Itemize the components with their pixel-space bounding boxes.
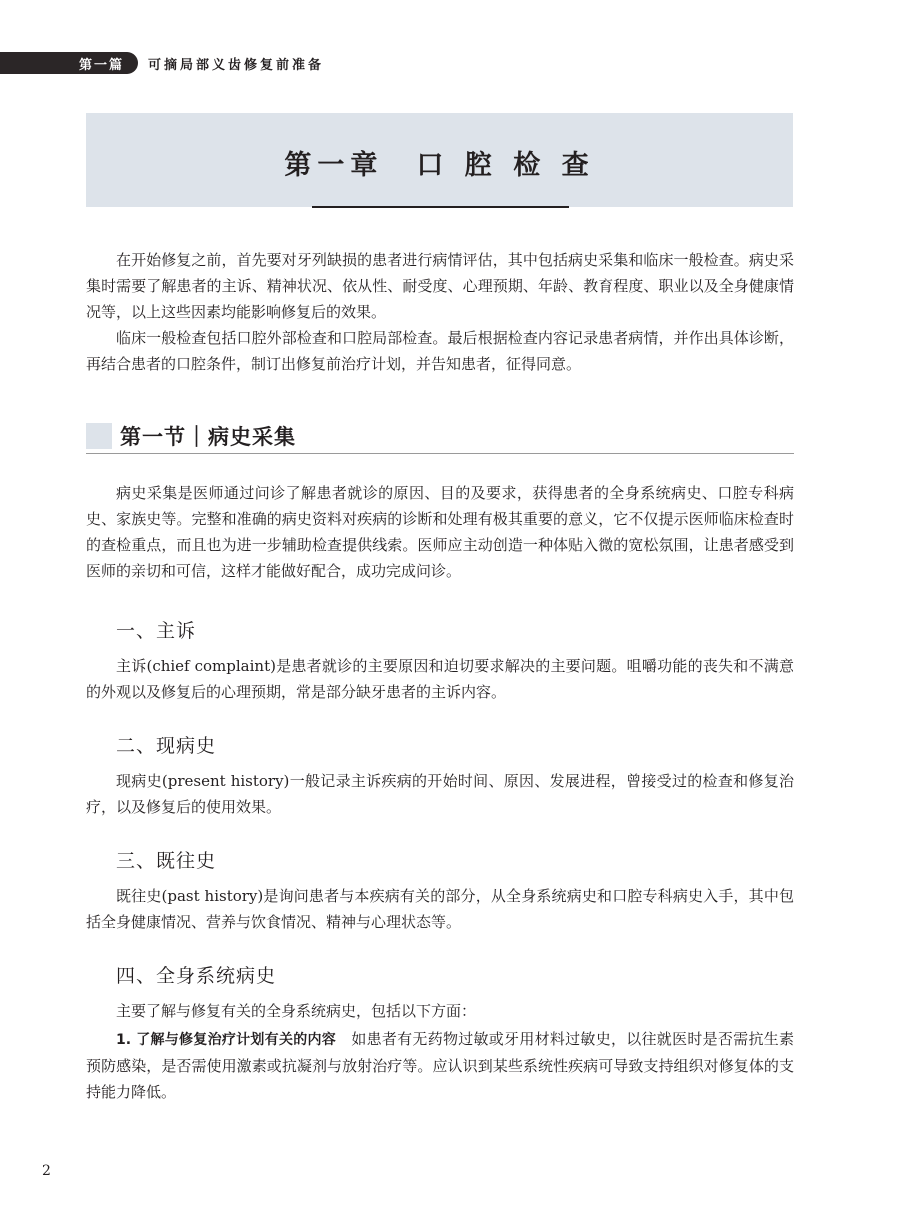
- subsection-title-chief-complaint: 一、主诉: [116, 616, 196, 643]
- subsection-title-present-history: 二、现病史: [116, 731, 216, 758]
- section-marker: [86, 423, 112, 449]
- subsection-paragraph-chief-complaint: 主诉(chief complaint)是患者就诊的主要原因和迫切要求解决的主要问…: [86, 653, 794, 705]
- section-heading: 第一节｜病史采集: [86, 423, 794, 454]
- page-number: 2: [42, 1163, 51, 1179]
- subsection-paragraph-systemic-history: 主要了解与修复有关的全身系统病史，包括以下方面：: [86, 998, 794, 1024]
- subsection-title-systemic-history: 四、全身系统病史: [116, 961, 276, 988]
- running-header: 第一篇 可摘局部义齿修复前准备: [0, 52, 324, 74]
- chapter-title: 第一章 口 腔 检 查: [86, 143, 793, 182]
- part-label: 第一篇: [79, 54, 124, 73]
- list-item-1-lead: 1. 了解与修复治疗计划有关的内容: [116, 1032, 336, 1048]
- intro-paragraph-2: 临床一般检查包括口腔外部检查和口腔局部检查。最后根据检查内容记录患者病情，并作出…: [86, 325, 794, 377]
- chapter-underline: [312, 206, 569, 208]
- subsection-title-past-history: 三、既往史: [116, 846, 216, 873]
- list-item-1: 1. 了解与修复治疗计划有关的内容 如患者有无药物过敏或牙用材料过敏史，以往就医…: [86, 1026, 794, 1105]
- subsection-paragraph-present-history: 现病史(present history)一般记录主诉疾病的开始时间、原因、发展进…: [86, 768, 794, 820]
- section-title: 第一节｜病史采集: [120, 421, 296, 451]
- chapter-title-box: 第一章 口 腔 检 查: [86, 113, 793, 207]
- part-title: 可摘局部义齿修复前准备: [148, 54, 324, 73]
- intro-paragraph-1: 在开始修复之前，首先要对牙列缺损的患者进行病情评估，其中包括病史采集和临床一般检…: [86, 247, 794, 325]
- subsection-paragraph-past-history: 既往史(past history)是询问患者与本疾病有关的部分，从全身系统病史和…: [86, 883, 794, 935]
- section-paragraph: 病史采集是医师通过问诊了解患者就诊的原因、目的及要求，获得患者的全身系统病史、口…: [86, 480, 794, 584]
- part-label-tab: 第一篇: [0, 52, 138, 74]
